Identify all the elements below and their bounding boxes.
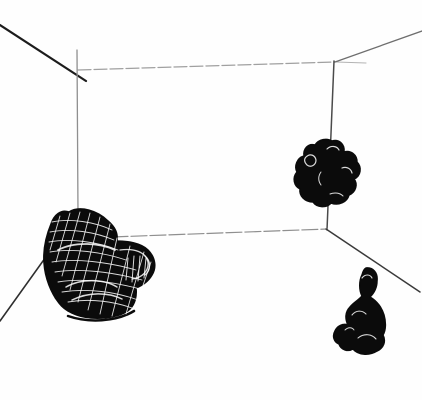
ceiling-corner-edge-right xyxy=(335,31,422,62)
ceiling-corner-edge-left xyxy=(0,25,86,81)
back-wall-top-edge xyxy=(78,62,335,70)
scribbled-armchair xyxy=(44,209,155,320)
blob-lower-right-scribble xyxy=(334,268,386,354)
sketch-svg xyxy=(0,0,422,400)
room-sketch-image xyxy=(0,0,422,400)
blob-upper-right-flower xyxy=(294,139,360,206)
top-right-overshoot-stub xyxy=(336,62,366,63)
back-wall-bottom-edge xyxy=(112,229,327,237)
